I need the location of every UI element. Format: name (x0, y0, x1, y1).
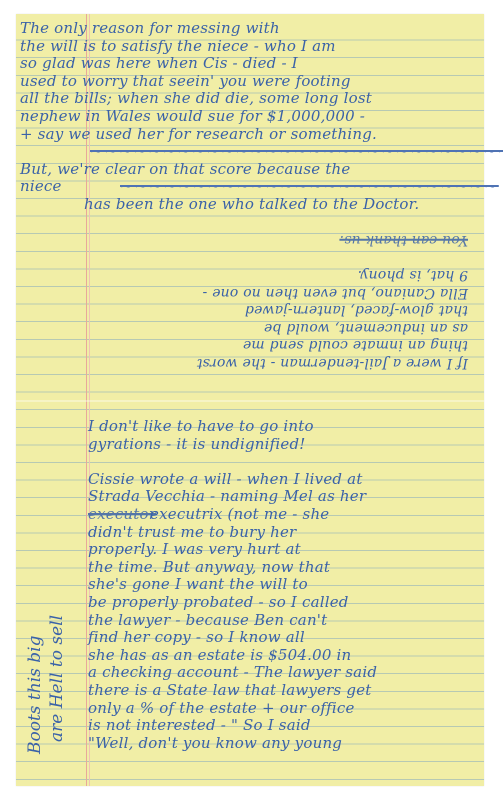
top-section: The only reason for messing with the wil… (20, 20, 442, 214)
text-word: niece (20, 178, 62, 196)
text-line-inverted: If I were a Jail-tenderman - the worst (108, 353, 468, 371)
margin-note: Boots this big are Hell to sell (24, 615, 68, 754)
text-line-inverted: that glow-faced, lantern-jawed (108, 300, 468, 318)
text-line: "Well, don't you know any young (88, 735, 377, 753)
text-line: nephew in Wales would sue for $1,000,000… (20, 108, 442, 126)
text-line: The only reason for messing with (20, 20, 442, 38)
text-line: used to worry that seein' you were footi… (20, 73, 442, 91)
niece-line: niece ~~~~~~~~~~~~~~~~~~~~~~~~~~ (20, 178, 442, 196)
text-line: she's gone I want the will to (88, 576, 377, 594)
text-line: the lawyer - because Ben can't (88, 612, 377, 630)
text-line: didn't trust me to bury her (88, 524, 377, 542)
text-line-inverted: Ella Caniano, but even then no one - (108, 283, 468, 301)
text-line: Cissie wrote a will - when I lived at (88, 471, 377, 489)
text-line: only a % of the estate + our office (88, 700, 377, 718)
text-line: executrix (not me - she (150, 506, 329, 524)
text-line: Strada Vecchia - naming Mel as her (88, 488, 377, 506)
margin-note-line: are Hell to sell (46, 615, 68, 754)
executrix-line: executor executrix (not me - she (88, 506, 377, 524)
upside-down-section: If I were a Jail-tenderman - the worst t… (108, 230, 468, 371)
blank-line (108, 248, 468, 266)
text-line: is not interested - " So I said (88, 717, 377, 735)
text-line: find her copy - so I know all (88, 629, 377, 647)
text-line: be properly probated - so I called (88, 594, 377, 612)
text-line: there is a State law that lawyers get (88, 682, 377, 700)
struck-word: executor (88, 506, 156, 524)
legal-pad-page: The only reason for messing with the wil… (16, 14, 484, 786)
text-line-inverted: 9 hat, is phony. (108, 265, 468, 283)
scribbled-out-line: ~~~~~~~~~~~~~~~~~~~~~~~~~~~~~ (90, 143, 503, 161)
text-line: properly. I was very hurt at (88, 541, 377, 559)
text-line: the will is to satisfy the niece - who I… (20, 38, 442, 56)
text-line: so glad was here when Cis - died - I (20, 55, 442, 73)
text-line-inverted-struck: You can thank us. (108, 230, 468, 248)
text-line: a checking account - The lawyer said (88, 664, 377, 682)
text-line: gyrations - it is undignified! (88, 436, 377, 454)
bottom-section: I don't like to have to go into gyration… (88, 418, 377, 752)
text-line: I don't like to have to go into (88, 418, 377, 436)
text-line: But, we're clear on that score because t… (20, 161, 442, 179)
text-line: + say we used her for research or someth… (20, 126, 442, 144)
text-line-inverted: as an inducement, would be (108, 318, 468, 336)
text-line-inverted: thing an inmate could send me (108, 336, 468, 354)
margin-note-line: Boots this big (24, 615, 46, 754)
scribbled-out-line: ~~~~~~~~~~~~~~~~~~~~~~~~~~ (120, 178, 499, 196)
text-line: all the bills; when she did die, some lo… (20, 90, 442, 108)
text-line: the time. But anyway, now that (88, 559, 377, 577)
text-line-estate-amount: she has as an estate is $504.00 in (88, 647, 377, 665)
blank-line (88, 453, 377, 471)
text-line: has been the one who talked to the Docto… (84, 196, 503, 214)
